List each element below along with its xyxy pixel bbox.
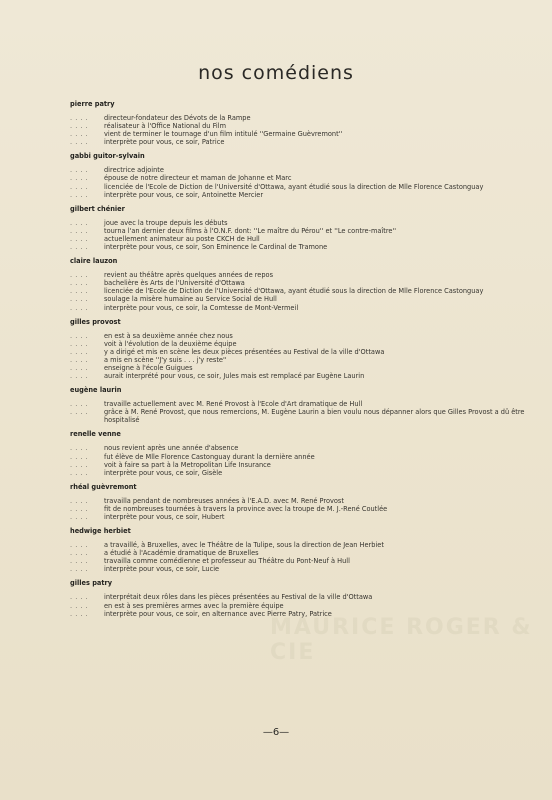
bio-line: . . . .réalisateur à l'Office National d… bbox=[70, 122, 530, 130]
bio-line: . . . .voit à l'évolution de la deuxième… bbox=[70, 340, 530, 348]
actor-name: gabbi guitor-sylvain bbox=[70, 152, 530, 161]
actor-entry: claire lauzon. . . .revient au théâtre a… bbox=[70, 257, 530, 311]
leader-dots: . . . . bbox=[70, 295, 104, 303]
bio-line: . . . .aurait interprété pour vous, ce s… bbox=[70, 372, 530, 380]
bio-line: . . . .interprète pour vous, ce soir, Hu… bbox=[70, 513, 530, 521]
leader-dots: . . . . bbox=[70, 219, 104, 227]
bio-line: . . . .fut élève de Mlle Florence Caston… bbox=[70, 453, 530, 461]
bio-text: a étudié à l'Académie dramatique de Brux… bbox=[104, 549, 530, 557]
leader-dots: . . . . bbox=[70, 602, 104, 610]
actor-name: eugène laurin bbox=[70, 386, 530, 395]
leader-dots: . . . . bbox=[70, 372, 104, 380]
bio-line: . . . .joue avec la troupe depuis les dé… bbox=[70, 219, 530, 227]
bio-line: . . . .interprète pour vous, ce soir, Pa… bbox=[70, 138, 530, 146]
bio-line: . . . .travailla comme comédienne et pro… bbox=[70, 557, 530, 565]
page-number: —6— bbox=[0, 727, 552, 738]
leader-dots: . . . . bbox=[70, 166, 104, 174]
actor-entry: gabbi guitor-sylvain. . . .directrice ad… bbox=[70, 152, 530, 198]
leader-dots: . . . . bbox=[70, 513, 104, 521]
bio-text: fit de nombreuses tournées à travers la … bbox=[104, 505, 530, 513]
bio-line: . . . .vient de terminer le tournage d'u… bbox=[70, 130, 530, 138]
actor-entry: gilles patry. . . .interprétait deux rôl… bbox=[70, 579, 530, 617]
bio-line: . . . .a travaillé, à Bruxelles, avec le… bbox=[70, 541, 530, 549]
bio-text: grâce à M. René Provost, que nous remerc… bbox=[104, 408, 530, 424]
leader-dots: . . . . bbox=[70, 340, 104, 348]
leader-dots: . . . . bbox=[70, 453, 104, 461]
bio-text: travailla pendant de nombreuses années à… bbox=[104, 497, 530, 505]
bio-line: . . . .voit à faire sa part à la Metropo… bbox=[70, 461, 530, 469]
leader-dots: . . . . bbox=[70, 356, 104, 364]
bio-line: . . . .tourna l'an dernier deux films à … bbox=[70, 227, 530, 235]
leader-dots: . . . . bbox=[70, 183, 104, 191]
bio-line: . . . .grâce à M. René Provost, que nous… bbox=[70, 408, 530, 424]
bio-line: . . . .actuellement animateur au poste C… bbox=[70, 235, 530, 243]
actor-entry: gilbert chénier. . . .joue avec la troup… bbox=[70, 205, 530, 251]
actor-entry: eugène laurin. . . .travaille actuelleme… bbox=[70, 386, 530, 424]
bio-line: . . . .revient au théâtre après quelques… bbox=[70, 271, 530, 279]
leader-dots: . . . . bbox=[70, 174, 104, 182]
leader-dots: . . . . bbox=[70, 541, 104, 549]
bio-line: . . . .licenciée de l'Ecole de Diction d… bbox=[70, 287, 530, 295]
bio-text: directeur-fondateur des Dévots de la Ram… bbox=[104, 114, 530, 122]
leader-dots: . . . . bbox=[70, 227, 104, 235]
bio-text: revient au théâtre après quelques années… bbox=[104, 271, 530, 279]
bio-line: . . . .interprète pour vous, ce soir, la… bbox=[70, 304, 530, 312]
bio-text: licenciée de l'Ecole de Diction de l'Uni… bbox=[104, 183, 530, 191]
bio-text: voit à l'évolution de la deuxième équipe bbox=[104, 340, 530, 348]
leader-dots: . . . . bbox=[70, 348, 104, 356]
bio-line: . . . .travaille actuellement avec M. Re… bbox=[70, 400, 530, 408]
bio-text: interprète pour vous, ce soir, la Comtes… bbox=[104, 304, 530, 312]
actor-name: gilles provost bbox=[70, 318, 530, 327]
bio-text: nous revient après une année d'absence bbox=[104, 444, 530, 452]
bio-line: . . . .a étudié à l'Académie dramatique … bbox=[70, 549, 530, 557]
bio-line: . . . .épouse de notre directeur et mama… bbox=[70, 174, 530, 182]
bio-text: interprétait deux rôles dans les pièces … bbox=[104, 593, 530, 601]
bio-text: interprète pour vous, ce soir, en altern… bbox=[104, 610, 530, 618]
actor-entry: pierre patry. . . .directeur-fondateur d… bbox=[70, 100, 530, 146]
page-title: nos comédiens bbox=[0, 62, 552, 84]
actor-name: pierre patry bbox=[70, 100, 530, 109]
leader-dots: . . . . bbox=[70, 549, 104, 557]
leader-dots: . . . . bbox=[70, 235, 104, 243]
leader-dots: . . . . bbox=[70, 271, 104, 279]
bio-line: . . . .a mis en scène ''J'y suis . . . j… bbox=[70, 356, 530, 364]
bio-text: licenciée de l'Ecole de Diction de l'Uni… bbox=[104, 287, 530, 295]
bio-text: actuellement animateur au poste CKCH de … bbox=[104, 235, 530, 243]
bio-text: bachelière ès Arts de l'Université d'Ott… bbox=[104, 279, 530, 287]
actor-entry: gilles provost. . . .en est à sa deuxièm… bbox=[70, 318, 530, 381]
actor-name: gilbert chénier bbox=[70, 205, 530, 214]
leader-dots: . . . . bbox=[70, 408, 104, 424]
bio-line: . . . .y a dirigé et mis en scène les de… bbox=[70, 348, 530, 356]
leader-dots: . . . . bbox=[70, 557, 104, 565]
bio-line: . . . .en est à ses premières armes avec… bbox=[70, 602, 530, 610]
actor-entry: rhéal guèvremont. . . .travailla pendant… bbox=[70, 483, 530, 521]
bio-text: interprète pour vous, ce soir, Patrice bbox=[104, 138, 530, 146]
leader-dots: . . . . bbox=[70, 400, 104, 408]
leader-dots: . . . . bbox=[70, 565, 104, 573]
actor-entry: renelle venne. . . .nous revient après u… bbox=[70, 430, 530, 476]
bio-line: . . . .enseigne à l'école Guigues bbox=[70, 364, 530, 372]
bio-text: travailla comme comédienne et professeur… bbox=[104, 557, 530, 565]
leader-dots: . . . . bbox=[70, 122, 104, 130]
leader-dots: . . . . bbox=[70, 332, 104, 340]
leader-dots: . . . . bbox=[70, 364, 104, 372]
leader-dots: . . . . bbox=[70, 444, 104, 452]
leader-dots: . . . . bbox=[70, 279, 104, 287]
bio-text: fut élève de Mlle Florence Castonguay du… bbox=[104, 453, 530, 461]
leader-dots: . . . . bbox=[70, 469, 104, 477]
actor-list: pierre patry. . . .directeur-fondateur d… bbox=[70, 100, 530, 624]
leader-dots: . . . . bbox=[70, 287, 104, 295]
bio-line: . . . .interprète pour vous, ce soir, So… bbox=[70, 243, 530, 251]
bio-line: . . . .en est à sa deuxième année chez n… bbox=[70, 332, 530, 340]
actor-name: hedwige herbiet bbox=[70, 527, 530, 536]
bio-text: en est à ses premières armes avec la pre… bbox=[104, 602, 530, 610]
leader-dots: . . . . bbox=[70, 505, 104, 513]
bio-text: interprète pour vous, ce soir, Hubert bbox=[104, 513, 530, 521]
bio-text: directrice adjointe bbox=[104, 166, 530, 174]
actor-name: renelle venne bbox=[70, 430, 530, 439]
bio-line: . . . .soulage la misère humaine au Serv… bbox=[70, 295, 530, 303]
actor-name: rhéal guèvremont bbox=[70, 483, 530, 492]
document-page: MAURICE ROGER & CIE nos comédiens pierre… bbox=[0, 0, 552, 800]
bio-text: enseigne à l'école Guigues bbox=[104, 364, 530, 372]
bio-line: . . . .travailla pendant de nombreuses a… bbox=[70, 497, 530, 505]
bio-text: interprète pour vous, ce soir, Lucie bbox=[104, 565, 530, 573]
leader-dots: . . . . bbox=[70, 243, 104, 251]
actor-name: gilles patry bbox=[70, 579, 530, 588]
bio-line: . . . .fit de nombreuses tournées à trav… bbox=[70, 505, 530, 513]
bio-text: joue avec la troupe depuis les débuts bbox=[104, 219, 530, 227]
leader-dots: . . . . bbox=[70, 191, 104, 199]
leader-dots: . . . . bbox=[70, 461, 104, 469]
bio-text: en est à sa deuxième année chez nous bbox=[104, 332, 530, 340]
bio-line: . . . .bachelière ès Arts de l'Universit… bbox=[70, 279, 530, 287]
actor-name: claire lauzon bbox=[70, 257, 530, 266]
bio-line: . . . .interprète pour vous, ce soir, Gi… bbox=[70, 469, 530, 477]
bio-text: réalisateur à l'Office National du Film bbox=[104, 122, 530, 130]
bio-line: . . . .nous revient après une année d'ab… bbox=[70, 444, 530, 452]
bio-line: . . . .directrice adjointe bbox=[70, 166, 530, 174]
leader-dots: . . . . bbox=[70, 610, 104, 618]
bio-text: épouse de notre directeur et maman de Jo… bbox=[104, 174, 530, 182]
bio-text: interprète pour vous, ce soir, Gisèle bbox=[104, 469, 530, 477]
bio-text: y a dirigé et mis en scène les deux pièc… bbox=[104, 348, 530, 356]
bio-text: voit à faire sa part à la Metropolitan L… bbox=[104, 461, 530, 469]
bio-text: aurait interprété pour vous, ce soir, Ju… bbox=[104, 372, 530, 380]
bio-text: soulage la misère humaine au Service Soc… bbox=[104, 295, 530, 303]
leader-dots: . . . . bbox=[70, 130, 104, 138]
leader-dots: . . . . bbox=[70, 114, 104, 122]
bio-text: travaille actuellement avec M. René Prov… bbox=[104, 400, 530, 408]
bio-text: interprète pour vous, ce soir, Son Emine… bbox=[104, 243, 530, 251]
bio-line: . . . .interprète pour vous, ce soir, en… bbox=[70, 610, 530, 618]
bio-line: . . . .licenciée de l'Ecole de Diction d… bbox=[70, 183, 530, 191]
bio-text: a travaillé, à Bruxelles, avec le Théâtr… bbox=[104, 541, 530, 549]
bio-line: . . . .interprète pour vous, ce soir, An… bbox=[70, 191, 530, 199]
actor-entry: hedwige herbiet. . . .a travaillé, à Bru… bbox=[70, 527, 530, 573]
bio-line: . . . .interprète pour vous, ce soir, Lu… bbox=[70, 565, 530, 573]
bio-line: . . . .interprétait deux rôles dans les … bbox=[70, 593, 530, 601]
bio-text: tourna l'an dernier deux films à l'O.N.F… bbox=[104, 227, 530, 235]
leader-dots: . . . . bbox=[70, 593, 104, 601]
leader-dots: . . . . bbox=[70, 138, 104, 146]
leader-dots: . . . . bbox=[70, 497, 104, 505]
bio-text: a mis en scène ''J'y suis . . . j'y rest… bbox=[104, 356, 530, 364]
bio-line: . . . .directeur-fondateur des Dévots de… bbox=[70, 114, 530, 122]
bio-text: interprète pour vous, ce soir, Antoinett… bbox=[104, 191, 530, 199]
leader-dots: . . . . bbox=[70, 304, 104, 312]
bio-text: vient de terminer le tournage d'un film … bbox=[104, 130, 530, 138]
